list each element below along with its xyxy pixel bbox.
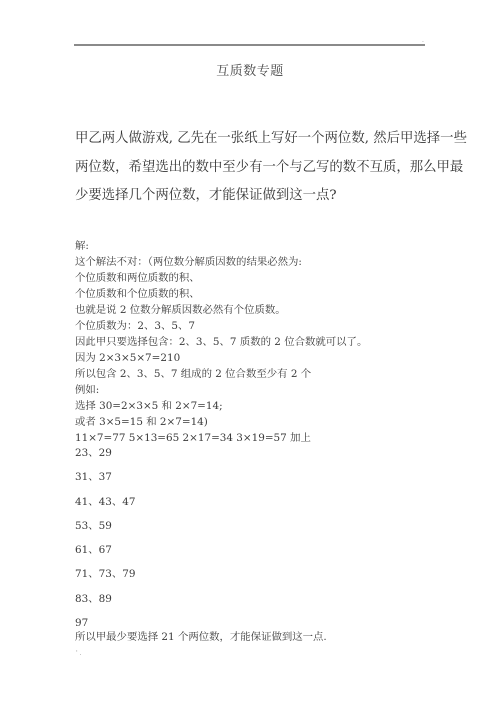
solution-line: 所以包含 2、3、5、7 组成的 2 位合数至少有 2 个 xyxy=(75,366,435,382)
prime-group: 31、37 xyxy=(75,469,135,493)
solution-line: 例如: xyxy=(75,382,435,398)
conclusion-line: 所以甲最少要选择 21 个两位数，才能保证做到这一点. xyxy=(75,629,327,645)
solution-line: 个位质数和个位质数的积、 xyxy=(75,286,435,302)
solution-line: 也就是说 2 位数分解质因数必然有个位质数。 xyxy=(75,302,435,318)
prime-group: 71、73、79 xyxy=(75,566,135,590)
question-line: 少要选择几个两位数，才能保证做到这一点? xyxy=(75,187,420,216)
solution-line: 因此甲只要选择包含：2、3、5、7 质数的 2 位合数就可以了。 xyxy=(75,334,435,350)
prime-group: 23、29 xyxy=(75,445,135,469)
solution-line: 个位质数和两位质数的积、 xyxy=(75,270,435,286)
prime-groups-list: 23、29 31、37 41、43、47 53、59 61、67 71、73、7… xyxy=(75,445,135,639)
question-line: 甲乙两人做游戏, 乙先在一张纸上写好一个两位数, 然后甲选择一些 xyxy=(75,130,420,159)
question-paragraph: 甲乙两人做游戏, 乙先在一张纸上写好一个两位数, 然后甲选择一些 两位数，希望选… xyxy=(75,130,420,216)
header-corner-mark: . xyxy=(422,38,424,44)
document-page: . 互质数专题 甲乙两人做游戏, 乙先在一张纸上写好一个两位数, 然后甲选择一些… xyxy=(0,0,500,708)
solution-block: 解: 这个解法不对：（两位数分解质因数的结果必然为: 个位质数和两位质数的积、 … xyxy=(75,238,435,446)
question-line: 两位数，希望选出的数中至少有一个与乙写的数不互质，那么甲最 xyxy=(75,159,420,188)
header-divider xyxy=(74,44,425,46)
solution-line: 或者 3×5=15 和 2×7=14) xyxy=(75,414,435,430)
solution-line: 这个解法不对：（两位数分解质因数的结果必然为: xyxy=(75,254,435,270)
solution-heading: 解: xyxy=(75,238,435,254)
prime-group: 83、89 xyxy=(75,591,135,615)
prime-group: 61、67 xyxy=(75,542,135,566)
solution-line: 个位质数为：2、3、5、7 xyxy=(75,318,435,334)
prime-group: 53、59 xyxy=(75,518,135,542)
solution-line: 11×7=77 5×13=65 2×17=34 3×19=57 加上 xyxy=(75,430,435,446)
page-title: 互质数专题 xyxy=(0,64,500,80)
solution-line: 选择 30=2×3×5 和 2×7=14; xyxy=(75,398,435,414)
prime-group: 41、43、47 xyxy=(75,494,135,518)
footer-marks: ' . xyxy=(76,650,81,658)
solution-line: 因为 2×3×5×7=210 xyxy=(75,350,435,366)
